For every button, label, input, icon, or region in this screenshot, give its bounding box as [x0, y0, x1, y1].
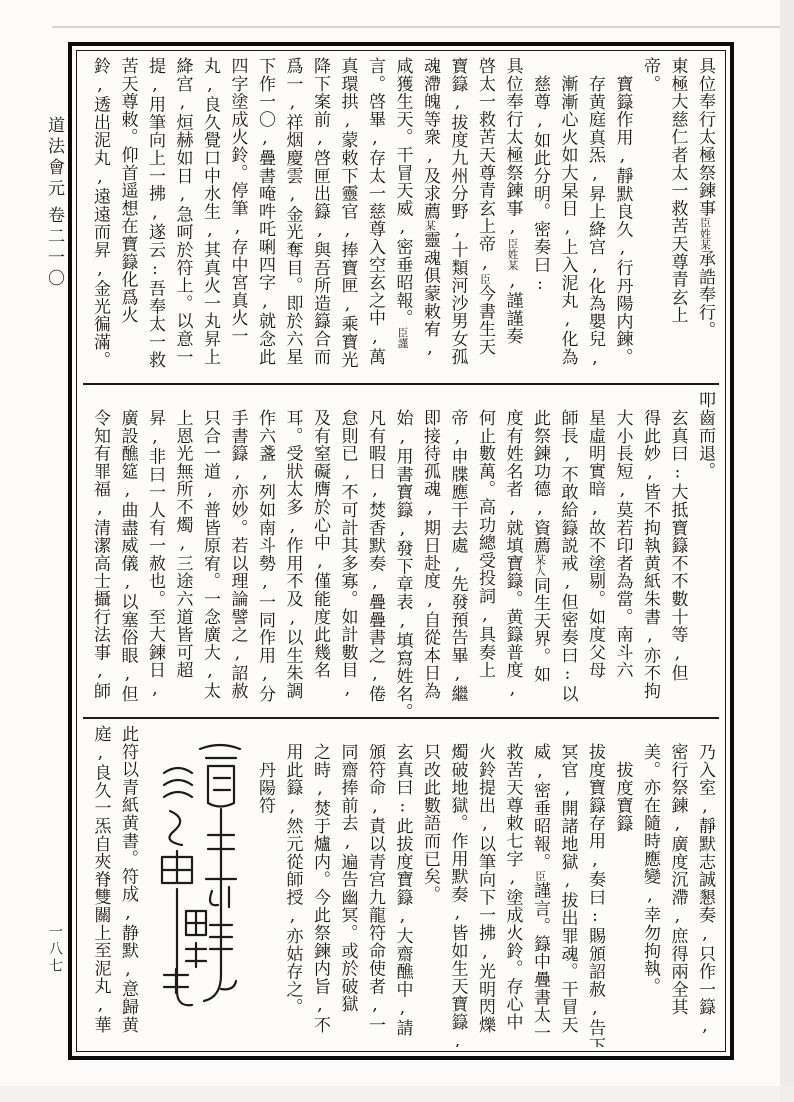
register-bottom: 乃入室,靜默志誠懇奏,只作一籙,密行祭鍊,廣度沉滯,庶得兩全其美。亦在隨時應變,… — [82, 725, 720, 1047]
text-column: 寶籙,拔度九州分野,十類河沙男女孤 — [443, 57, 471, 379]
text-column: 美。亦在隨時應變,幸勿拘執。 — [636, 725, 664, 1047]
text-column: 燭破地獄。作用默奏,皆如生天寶籙, — [443, 725, 471, 1047]
text-column: 此符以青紙黄書。符成,静默,意歸黄 — [114, 725, 142, 1047]
text-column: 存黄庭真炁,昇上絳宫,化為嬰兒, — [581, 57, 609, 379]
text-column: 丹陽符 — [251, 725, 279, 1047]
register-divider — [83, 717, 719, 719]
text-column: 冥官,開諸地獄,拔出罪魂。干冒天 — [553, 725, 581, 1047]
register-top: 具位奉行太極祭鍊事臣姓某承誥奉行。東極大慈仁者太一救苦天尊青玄上帝。寶籙作用,靜… — [82, 57, 720, 379]
text-block-bottom-left: 此符以青紙黄書。符成,静默,意歸黄庭,良久一炁自夾脊雙關上至泥丸,華 — [86, 725, 141, 1047]
text-column: 東極大慈仁者太一救苦天尊青玄上 — [663, 57, 691, 379]
text-block-middle: 叩齒而退。玄真曰:大抵寶籙不不數十等,但得此妙,皆不拘執黄紙朱書,亦不拘大小長短… — [86, 391, 719, 713]
talisman-figure — [148, 725, 248, 1047]
text-column: 魂滯魄等衆,及求薦某靈魂俱蒙敕宥, — [416, 57, 444, 379]
text-column: 此祭鍊功德,資薦某人同生天界。如 — [526, 391, 554, 713]
text-column: 帝。 — [636, 57, 664, 379]
register-divider — [83, 383, 719, 385]
text-block-bottom-right: 乃入室,靜默志誠懇奏,只作一籙,密行祭鍊,廣度沉滯,庶得兩全其美。亦在隨時應變,… — [251, 725, 719, 1047]
text-column: 慈尊,如此分明。密奏曰: — [526, 57, 554, 379]
scan-artifact-bottom-edge — [0, 1086, 794, 1102]
text-column: 拔度寶籙存用,奏曰:賜頒詔赦,告下 — [581, 725, 609, 1047]
text-column: 度有姓名者,就填寶籙。黄籙普度, — [498, 391, 526, 713]
text-column: 上恩光無所不燭,三途六道皆可超 — [168, 391, 196, 713]
text-column: 同齋捧前去,遍告幽冥。或於破獄 — [333, 725, 361, 1047]
text-column: 苦天尊敕。仰首遥想在寶籙化爲火 — [113, 57, 141, 379]
text-column: 星虛明實暗,故不塗剔。如度父母 — [581, 391, 609, 713]
text-column: 只合一道,普皆原宥。一念廣大,太 — [196, 391, 224, 713]
scan-artifact-right-edge — [780, 0, 794, 1102]
inner-frame-border: 具位奉行太極祭鍊事臣姓某承誥奉行。東極大慈仁者太一救苦天尊青玄上帝。寶籙作用,靜… — [76, 50, 726, 1052]
text-column: 凡有暇日,焚香默奏,疊疊書之,倦 — [361, 391, 389, 713]
text-column: 手書籙,亦妙。若以理論譬之,詔赦 — [223, 391, 251, 713]
text-column: 作六盞,列如南斗勢,一同作用,分 — [251, 391, 279, 713]
text-column: 爲一,祥烟慶雲,金光奪目。即於六星 — [278, 57, 306, 379]
text-column: 下作一〇,疊書唵吽吒唎四字,就念此 — [251, 57, 279, 379]
text-column: 救苦天尊敕七字,塗成火鈴。存心中 — [498, 725, 526, 1047]
text-column: 拔度寶籙 — [608, 725, 636, 1047]
text-column: 庭,良久一炁自夾脊雙關上至泥丸,華 — [86, 725, 114, 1047]
text-column: 之時,焚于爐内。今此祭鍊内旨,不 — [306, 725, 334, 1047]
book-title: 道法會元 — [42, 116, 67, 200]
text-column: 令知有罪福,清潔高士攝行法事,師 — [86, 391, 114, 713]
text-column: 耳。受狀太多,作用不及,以生朱調 — [278, 391, 306, 713]
text-column: 玄真曰:大抵寶籙不不數十等,但 — [663, 391, 691, 713]
text-column: 四字塗成火鈴。停筆,存中宮真火一 — [223, 57, 251, 379]
text-column: 廣設醮筵,曲盡威儀,以塞俗眼,但 — [113, 391, 141, 713]
text-column: 啓太一救苦天尊青玄上帝,臣今書生天 — [471, 57, 499, 379]
text-column: 漸漸心火如大杲日,上入泥丸,化為 — [553, 57, 581, 379]
text-block-top: 具位奉行太極祭鍊事臣姓某承誥奉行。東極大慈仁者太一救苦天尊青玄上帝。寶籙作用,靜… — [86, 57, 719, 379]
text-column: 怠則已,不可計其多寡。如計數目, — [333, 391, 361, 713]
text-column: 頒符命,責以青宫九龍符命使者,一 — [361, 725, 389, 1047]
text-column: 具位奉行太極祭鍊事臣姓某承誥奉行。 — [691, 57, 719, 379]
text-column: 用此籙,然元從師授,亦姑存之。 — [278, 725, 306, 1047]
text-column: 具位奉行太極祭鍊事,臣姓某,謹謹奏 — [498, 57, 526, 379]
text-column: 得此妙,皆不拘執黄紙朱書,亦不拘 — [636, 391, 664, 713]
text-column: 寶籙作用,靜默良久,行丹陽内鍊。 — [608, 57, 636, 379]
scan-artifact-top-edge — [52, 26, 794, 28]
text-column: 只改此數語而已矣。 — [416, 725, 444, 1047]
volume-number: 卷二一〇 — [42, 206, 67, 290]
text-column: 火鈴提出,以筆向下一拂,光明閃爍, — [471, 725, 499, 1047]
text-column: 真環拱,蒙敕下靈官,捧寶匣,乘寶光 — [333, 57, 361, 379]
page-frame: 具位奉行太極祭鍊事臣姓某承誥奉行。東極大慈仁者太一救苦天尊青玄上帝。寶籙作用,靜… — [68, 42, 734, 1060]
text-column: 玄真曰:此拔度寶籙,大齋醮中,請 — [388, 725, 416, 1047]
text-column: 鈴,透出泥丸,遠遠而昇,金光徧滿。 — [86, 57, 114, 379]
text-column: 始,用書寶籙,發下章表,填寫姓名。 — [388, 391, 416, 713]
text-column: 及有窒礙膺於心中,僅能度此幾名 — [306, 391, 334, 713]
text-column: 絳宫,烜赫如日,急呵於符上。以意一 — [168, 57, 196, 379]
text-column: 乃入室,靜默志誠懇奏,只作一籙, — [691, 725, 719, 1047]
text-column: 提,用筆向上一拂,遂云:吾奉太一救 — [141, 57, 169, 379]
text-column: 咸獲生天。干冒天威,密垂昭報。臣謹 — [388, 57, 416, 379]
danyang-talisman-seal-drawing — [148, 739, 248, 1033]
register-middle: 叩齒而退。玄真曰:大抵寶籙不不數十等,但得此妙,皆不拘執黄紙朱書,亦不拘大小長短… — [82, 391, 720, 713]
text-column: 師長,不敢給籙説戒,但密奏曰:以 — [553, 391, 581, 713]
text-column: 丸,良久覺口中水生,其真火一丸昇上 — [196, 57, 224, 379]
text-column: 即接待孤魂,期日赴度,自從本日為 — [416, 391, 444, 713]
text-column: 大小長短,莫若印者為當。南斗六 — [608, 391, 636, 713]
text-column: 言。啓畢,存太一慈尊入空玄之中,萬 — [361, 57, 389, 379]
page-number: 一八七 — [45, 924, 65, 975]
text-column: 降下案前,啓匣出籙,與吾所造籙合而 — [306, 57, 334, 379]
text-column: 何止數萬。高功總受投詞,具奏上 — [471, 391, 499, 713]
text-column: 密行祭鍊,廣度沉滯,庶得兩全其 — [663, 725, 691, 1047]
text-column: 叩齒而退。 — [691, 391, 719, 713]
text-column: 威,密垂昭報。臣謹言。籙中疊書太一 — [526, 725, 554, 1047]
text-column: 昇,非曰一人有一赦也。至大鍊日, — [141, 391, 169, 713]
text-column: 帝,申牒應干去處,先發預告畢,繼 — [443, 391, 471, 713]
scanned-book-page: { "margin": { "title": "道法會元", "volume":… — [0, 0, 794, 1102]
